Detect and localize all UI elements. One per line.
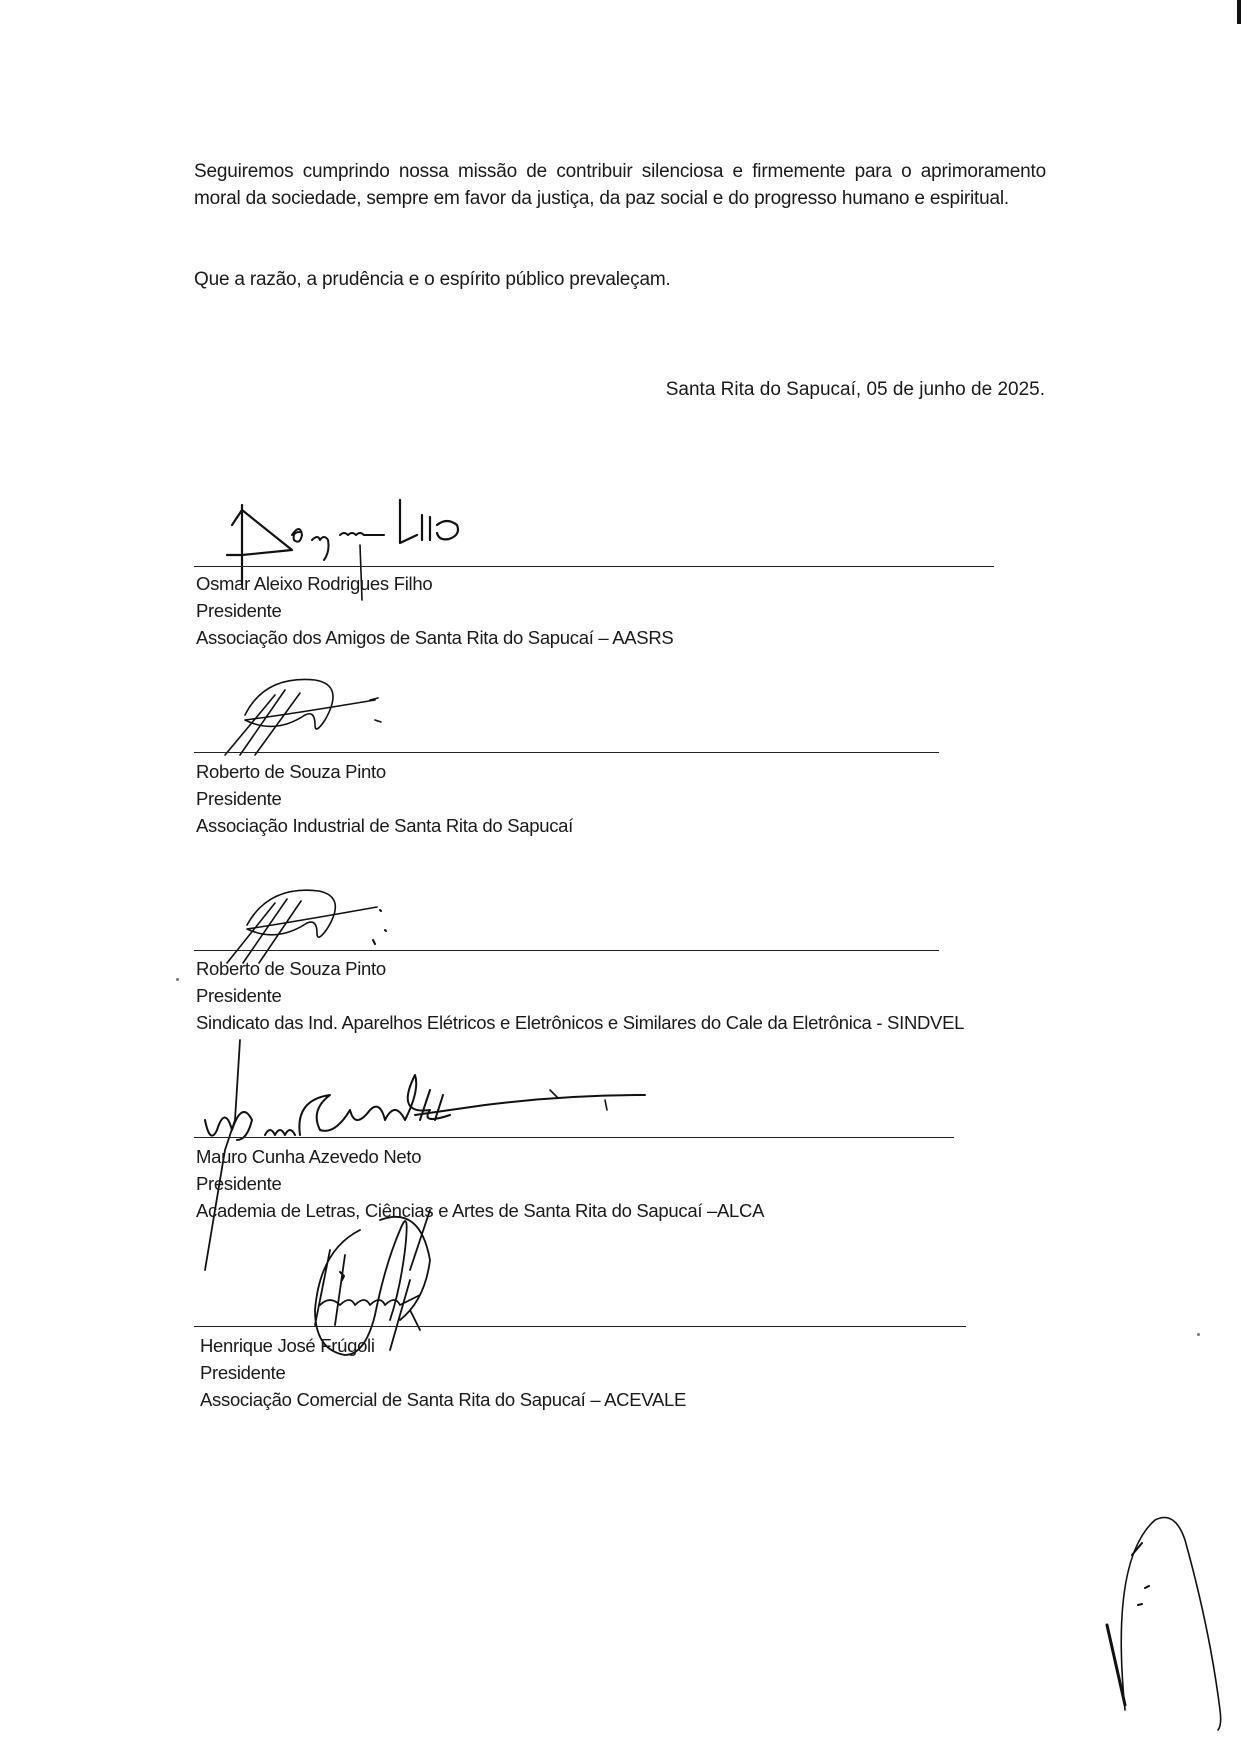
closing-paragraph: Seguiremos cumprindo nossa missão de con… (194, 158, 1046, 212)
signatory-role: Presidente (200, 1359, 686, 1386)
signatory-block: Roberto de Souza Pinto Presidente Sindic… (196, 955, 964, 1036)
signatory-block: Roberto de Souza Pinto Presidente Associ… (196, 758, 573, 839)
signature-line (194, 1326, 966, 1327)
signatory-organization: Sindicato das Ind. Aparelhos Elétricos e… (196, 1009, 964, 1036)
closing-wish: Que a razão, a prudência e o espírito pú… (194, 266, 1046, 293)
signatory-role: Presidente (196, 597, 673, 624)
signatory-role: Presidente (196, 785, 573, 812)
signatory-organization: Associação dos Amigos de Santa Rita do S… (196, 624, 673, 651)
scan-speck (176, 978, 179, 981)
signatory-organization: Associação Industrial de Santa Rita do S… (196, 812, 573, 839)
signatory-block: Henrique José Frúgoli Presidente Associa… (200, 1332, 686, 1413)
signatory-name: Roberto de Souza Pinto (196, 955, 964, 982)
signature-line (194, 950, 939, 951)
signature-roberto-2 (215, 885, 415, 965)
place-date: Santa Rita do Sapucaí, 05 de junho de 20… (666, 379, 1045, 401)
signature-line (194, 752, 939, 753)
document-page: Seguiremos cumprindo nossa missão de con… (0, 0, 1241, 1755)
signature-line (194, 1137, 954, 1138)
scan-speck (1197, 1333, 1200, 1336)
signature-roberto-1 (215, 675, 405, 760)
signature-line (194, 566, 994, 567)
signatory-block: Osmar Aleixo Rodrigues Filho Presidente … (196, 570, 673, 651)
scan-edge-mark (1237, 0, 1241, 24)
signatory-name: Roberto de Souza Pinto (196, 758, 573, 785)
signatory-role: Presidente (196, 982, 964, 1009)
signatory-name: Henrique José Frúgoli (200, 1332, 686, 1359)
signatory-organization: Associação Comercial de Santa Rita do Sa… (200, 1386, 686, 1413)
signatory-role: Presidente (196, 1170, 764, 1197)
signatory-name: Mauro Cunha Azevedo Neto (196, 1143, 764, 1170)
page-initials (1100, 1495, 1220, 1735)
signatory-name: Osmar Aleixo Rodrigues Filho (196, 570, 673, 597)
